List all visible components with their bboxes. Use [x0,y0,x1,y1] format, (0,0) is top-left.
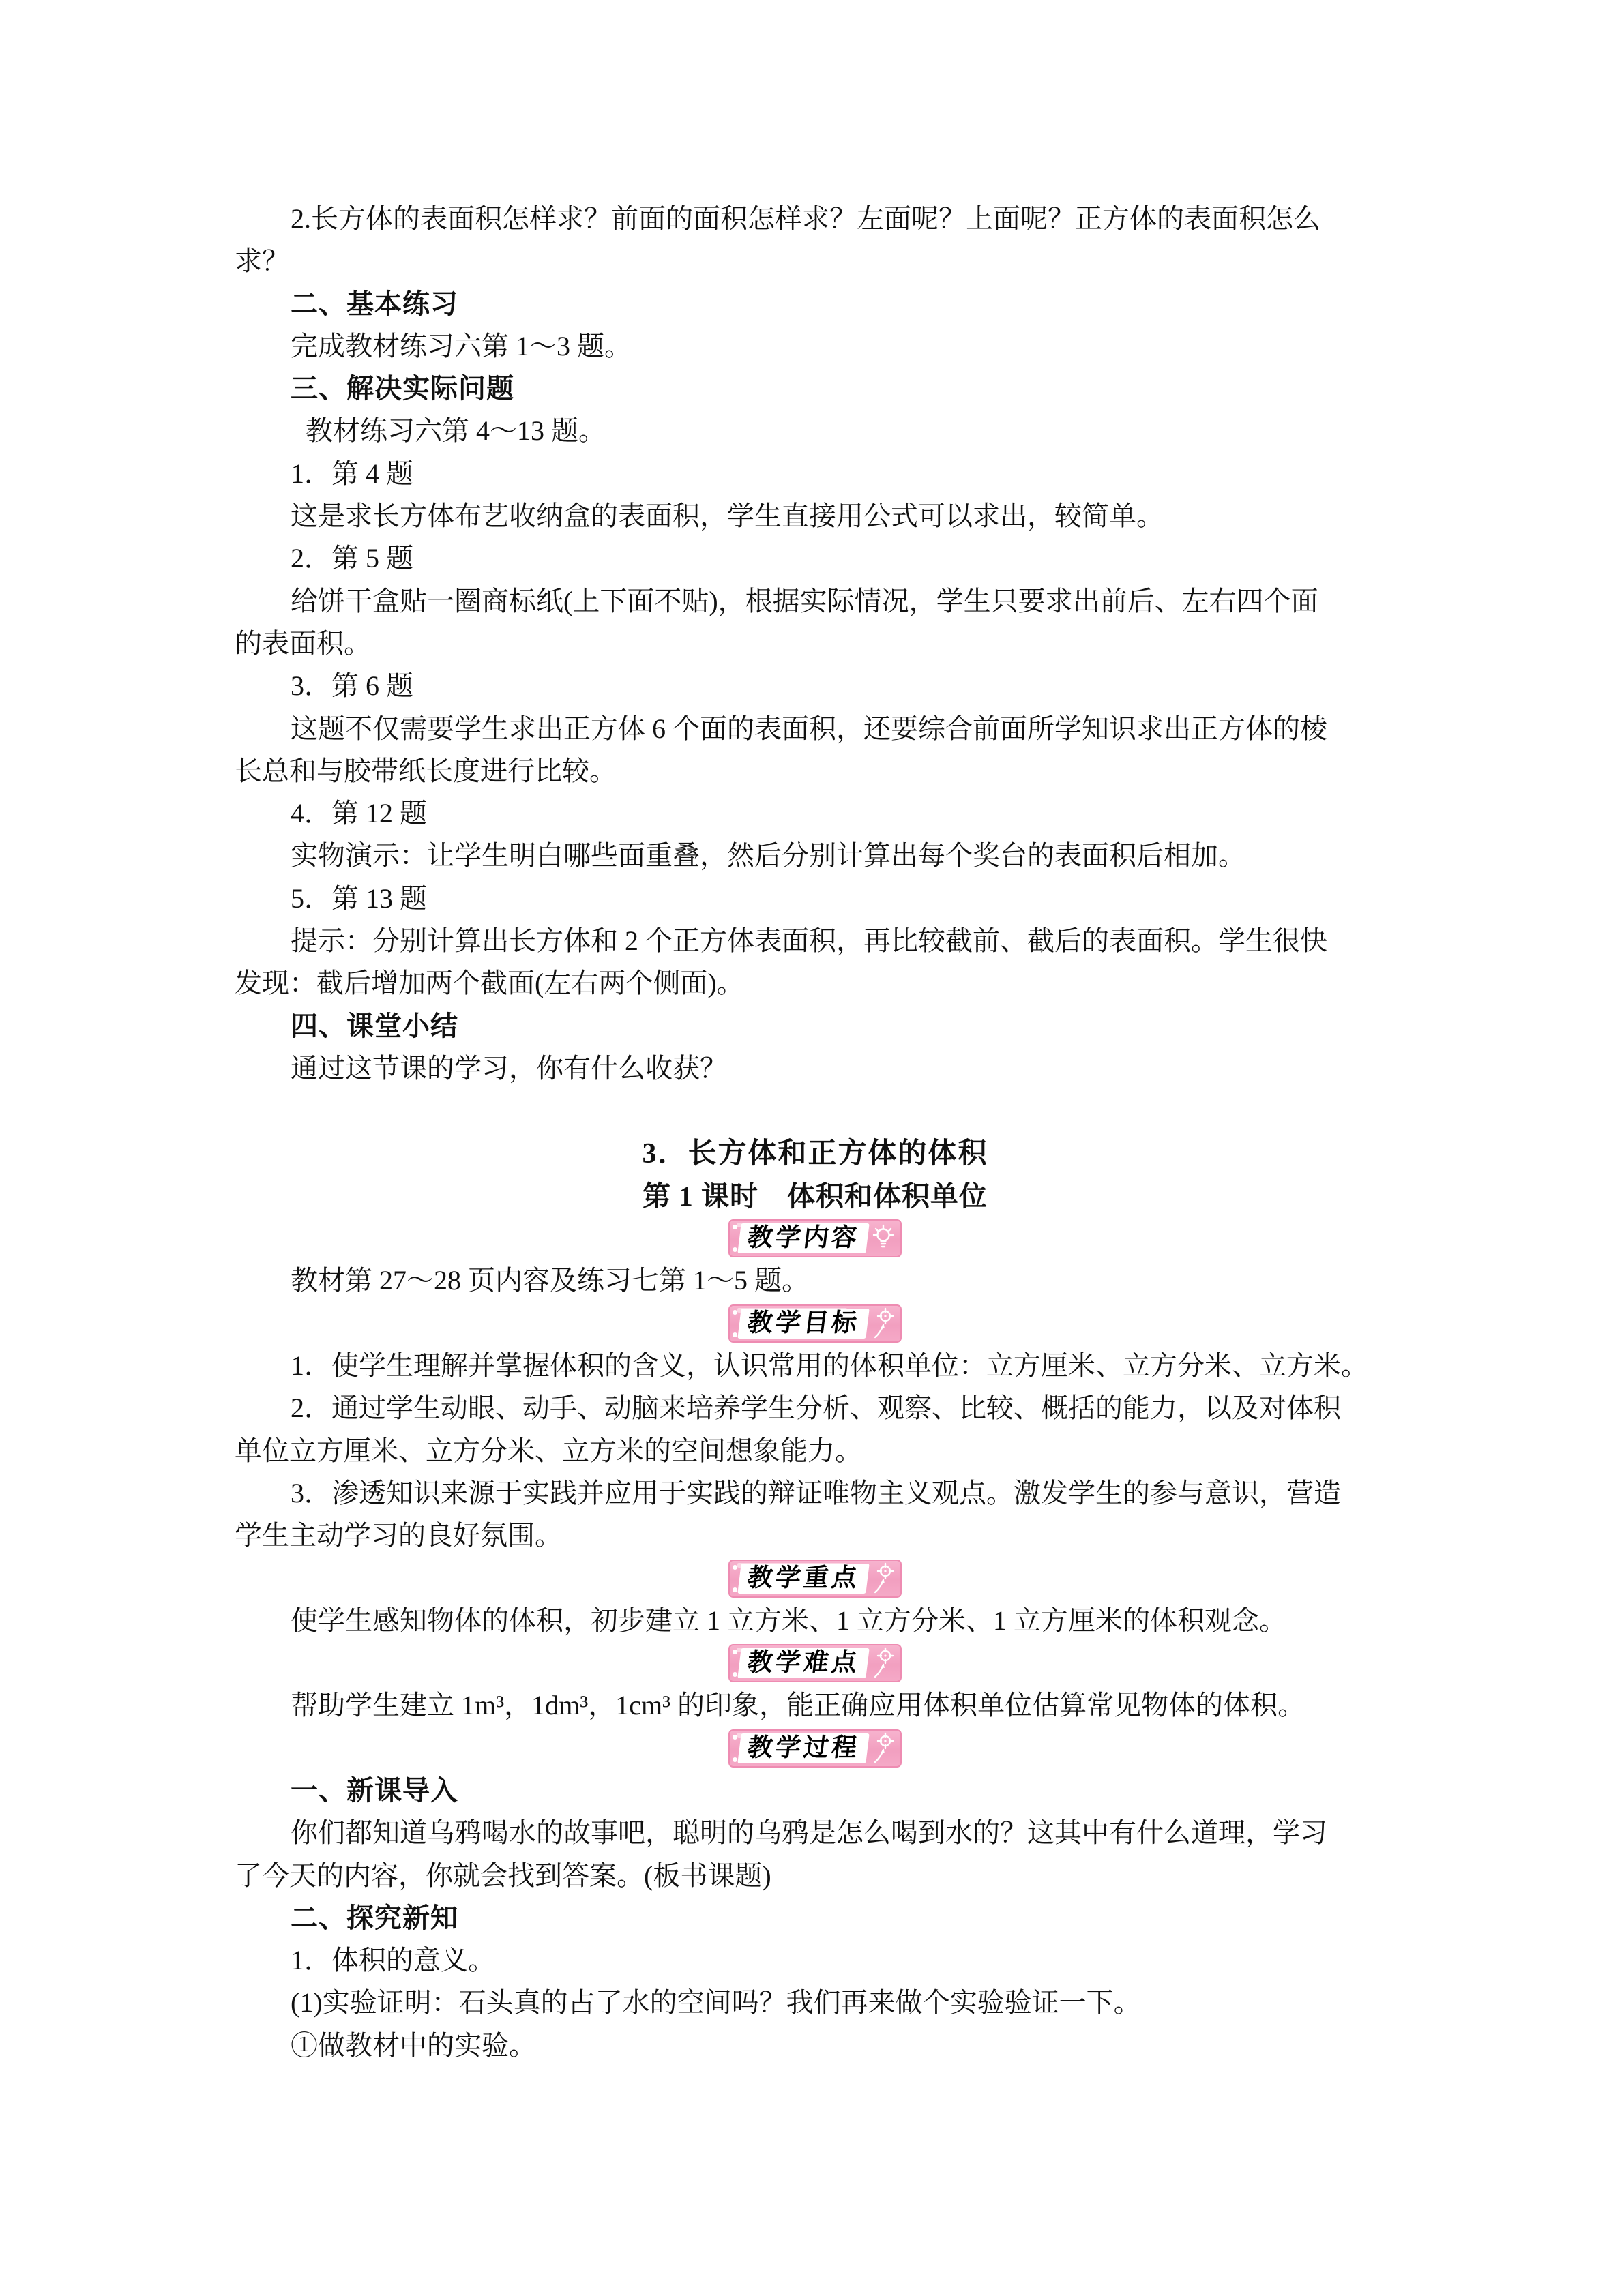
badge-row-teaching-difficulties: 教学难点 [235,1642,1396,1684]
target-icon [870,1562,896,1595]
badge-corner-dot [733,1650,737,1654]
badge-corner-dot [733,1672,737,1677]
badge-row-teaching-content: 教学内容 [235,1217,1396,1259]
document-body: 2.长方体的表面积怎样求？前面的面积怎样求？左面呢？上面呢？正方体的表面积怎么 … [235,198,1396,2067]
paragraph-line: 这题不仅需要学生求出正方体 6 个面的表面积，还要综合前面所学知识求出正方体的棱 [235,708,1396,750]
section-heading: 二、基本练习 [235,283,1396,325]
target-icon [870,1307,896,1340]
paragraph-line: 1．使学生理解并掌握体积的含义，认识常用的体积单位：立方厘米、立方分米、立方米。 [235,1345,1396,1387]
list-item: 3．第 6 题 [235,665,1396,707]
paragraph-line: 学生主动学习的良好氛围。 [235,1515,1396,1557]
badge-label: 教学难点 [737,1648,869,1678]
paragraph-line: 实物演示：让学生明白哪些面重叠，然后分别计算出每个奖台的表面积后相加。 [235,835,1396,877]
paragraph-line: 的表面积。 [235,623,1396,665]
badge-corner-dot [733,1310,737,1315]
section-heading: 一、新课导入 [235,1770,1396,1812]
lightbulb-icon [870,1222,896,1255]
badge-label: 教学目标 [737,1309,869,1339]
badge-label: 教学内容 [737,1223,869,1253]
paragraph-line: 了今天的内容，你就会找到答案。(板书课题) [235,1855,1396,1897]
document-page: 2.长方体的表面积怎样求？前面的面积怎样求？左面呢？上面呢？正方体的表面积怎么 … [0,0,1624,2296]
badge-teaching-difficulties: 教学难点 [728,1644,902,1682]
section-heading: 四、课堂小结 [235,1005,1396,1047]
badge-teaching-goals: 教学目标 [728,1304,902,1343]
badge-corner-dot [733,1247,737,1252]
list-item: 5．第 13 题 [235,878,1396,920]
paragraph-line: 3．渗透知识来源于实践并应用于实践的辩证唯物主义观点。激发学生的参与意识，营造 [235,1472,1396,1515]
badge-corner-dot [733,1735,737,1740]
paragraph-line: 提示：分别计算出长方体和 2 个正方体表面积，再比较截前、截后的表面积。学生很快 [235,920,1396,962]
paragraph-line: 通过这节课的学习，你有什么收获？ [235,1047,1396,1090]
paragraph-line: 长总和与胶带纸长度进行比较。 [235,750,1396,792]
paragraph-line: 单位立方厘米、立方分米、立方米的空间想象能力。 [235,1430,1396,1472]
badge-corner-dot [733,1587,737,1592]
paragraph-line: 使学生感知物体的体积，初步建立 1 立方米、1 立方分米、1 立方厘米的体积观念… [235,1600,1396,1642]
paragraph-line: ①做教材中的实验。 [235,2025,1396,2067]
badge-label: 教学重点 [737,1564,869,1594]
lesson-subtitle: 第 1 课时 体积和体积单位 [235,1175,1396,1217]
badge-teaching-content: 教学内容 [728,1219,902,1257]
paragraph-line: 这是求长方体布艺收纳盒的表面积，学生直接用公式可以求出，较简单。 [235,495,1396,537]
badge-row-teaching-key-points: 教学重点 [235,1557,1396,1600]
paragraph-line: 2．通过学生动眼、动手、动脑来培养学生分析、观察、比较、概括的能力，以及对体积 [235,1387,1396,1429]
target-icon [870,1732,896,1765]
paragraph-line: 给饼干盒贴一圈商标纸(上下面不贴)，根据实际情况，学生只要求出前后、左右四个面 [235,580,1396,623]
paragraph-line: (1)实验证明：石头真的占了水的空间吗？我们再来做个实验验证一下。 [235,1982,1396,2024]
paragraph-line: 发现：截后增加两个截面(左右两个侧面)。 [235,962,1396,1004]
list-item: 2．第 5 题 [235,537,1396,580]
badge-teaching-key-points: 教学重点 [728,1560,902,1598]
list-item: 4．第 12 题 [235,792,1396,835]
paragraph-line: 你们都知道乌鸦喝水的故事吧，聪明的乌鸦是怎么喝到水的？这其中有什么道理，学习 [235,1812,1396,1854]
badge-corner-dot [733,1757,737,1762]
paragraph-line: 帮助学生建立 1m³，1dm³，1cm³ 的印象，能正确应用体积单位估算常见物体… [235,1684,1396,1727]
paragraph-line: 2.长方体的表面积怎样求？前面的面积怎样求？左面呢？上面呢？正方体的表面积怎么 [235,198,1396,240]
badge-row-teaching-goals: 教学目标 [235,1302,1396,1345]
blank-line [235,1090,1396,1132]
section-heading: 二、探究新知 [235,1897,1396,1939]
badge-teaching-process: 教学过程 [728,1729,902,1768]
target-icon [870,1647,896,1680]
badge-corner-dot [733,1565,737,1570]
list-item: 1．体积的意义。 [235,1939,1396,1982]
paragraph-line: 教材第 27～28 页内容及练习七第 1～5 题。 [235,1259,1396,1302]
paragraph-line: 教材练习六第 4～13 题。 [235,410,1396,452]
paragraph-line: 完成教材练习六第 1～3 题。 [235,325,1396,368]
badge-corner-dot [733,1332,737,1337]
section-heading: 三、解决实际问题 [235,368,1396,410]
chapter-title: 3．长方体和正方体的体积 [235,1133,1396,1175]
list-item: 1．第 4 题 [235,453,1396,495]
badge-row-teaching-process: 教学过程 [235,1727,1396,1770]
badge-label: 教学过程 [737,1733,869,1763]
badge-corner-dot [733,1225,737,1229]
paragraph-line: 求？ [235,240,1396,282]
